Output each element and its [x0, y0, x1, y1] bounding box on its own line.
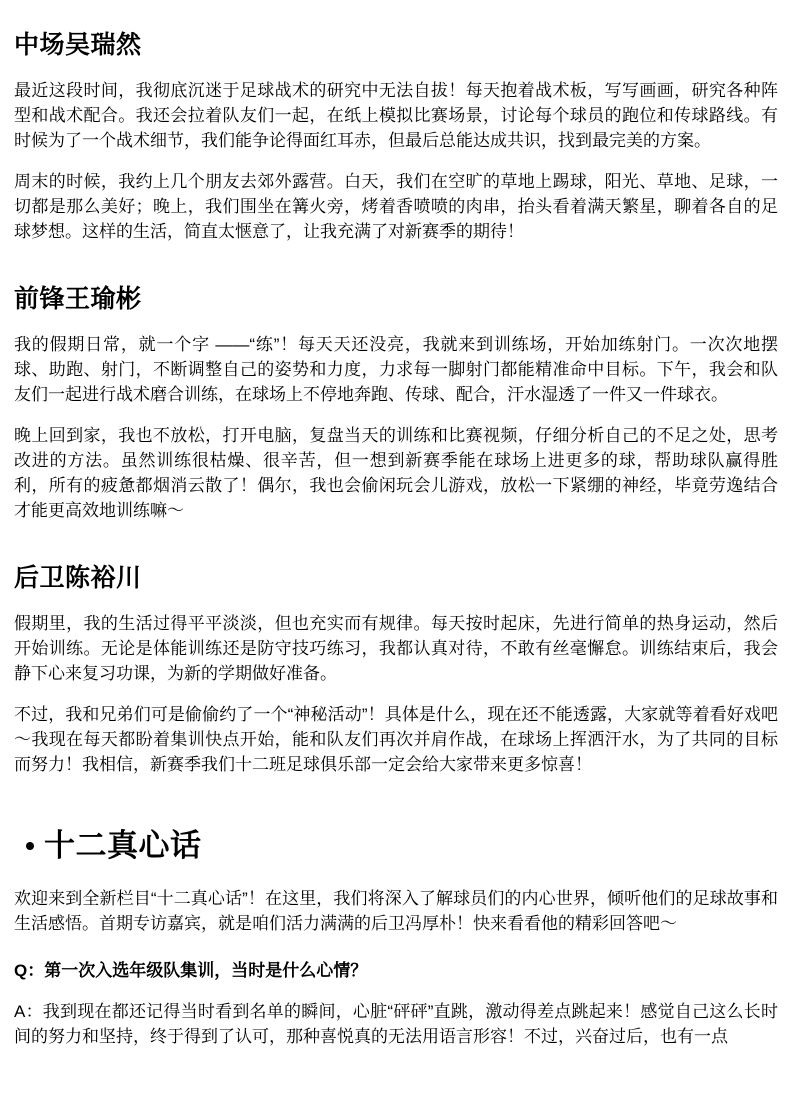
feature-section: 十二真心话 欢迎来到全新栏目“十二真心话”！在这里，我们将深入了解球员们的内心世…	[14, 827, 778, 1049]
player-section-forward: 前锋王瑜彬 我的假期日常，就一个字 ——“练”！每天天还没亮，我就来到训练场，开…	[14, 284, 778, 523]
section-heading-defender: 后卫陈裕川	[14, 563, 778, 593]
player-section-midfielder: 中场吴瑞然 最近这段时间，我彻底沉迷于足球战术的研究中无法自拔！每天抱着战术板，…	[14, 30, 778, 244]
paragraph-training-routine: 我的假期日常，就一个字 ——“练”！每天天还没亮，我就来到训练场，开始加练射门。…	[14, 332, 778, 407]
paragraph-weekend-camping: 周末的时候，我约上几个朋友去郊外露营。白天，我们在空旷的草地上踢球，阳光、草地、…	[14, 169, 778, 244]
player-section-defender: 后卫陈裕川 假期里，我的生活过得平平淡淡，但也充实而有规律。每天按时起床，先进行…	[14, 563, 778, 777]
bullet-icon	[26, 842, 34, 850]
paragraph-secret-activity: 不过，我和兄弟们可是偷偷约了一个“神秘活动”！具体是什么，现在还不能透露，大家就…	[14, 702, 778, 777]
article: 中场吴瑞然 最近这段时间，我彻底沉迷于足球战术的研究中无法自拔！每天抱着战术板，…	[0, 0, 792, 1049]
paragraph-feature-intro: 欢迎来到全新栏目“十二真心话”！在这里，我们将深入了解球员们的内心世界，倾听他们…	[14, 886, 778, 936]
paragraph-tactics-study: 最近这段时间，我彻底沉迷于足球战术的研究中无法自拔！每天抱着战术板，写写画画，研…	[14, 78, 778, 153]
section-heading-forward: 前锋王瑜彬	[14, 284, 778, 314]
answer-paragraph: A：我到现在都还记得当时看到名单的瞬间，心脏“砰砰”直跳，激动得差点跳起来！感觉…	[14, 999, 778, 1049]
paragraph-holiday-life: 假期里，我的生活过得平平淡淡，但也充实而有规律。每天按时起床，先进行简单的热身运…	[14, 611, 778, 686]
feature-heading-row: 十二真心话	[14, 827, 778, 864]
section-heading-midfielder: 中场吴瑞然	[14, 30, 778, 60]
feature-title: 十二真心话	[44, 827, 202, 864]
paragraph-evening-review: 晚上回到家，我也不放松，打开电脑，复盘当天的训练和比赛视频，仔细分析自己的不足之…	[14, 423, 778, 523]
question-line: Q：第一次入选年级队集训，当时是什么心情？	[14, 958, 778, 983]
